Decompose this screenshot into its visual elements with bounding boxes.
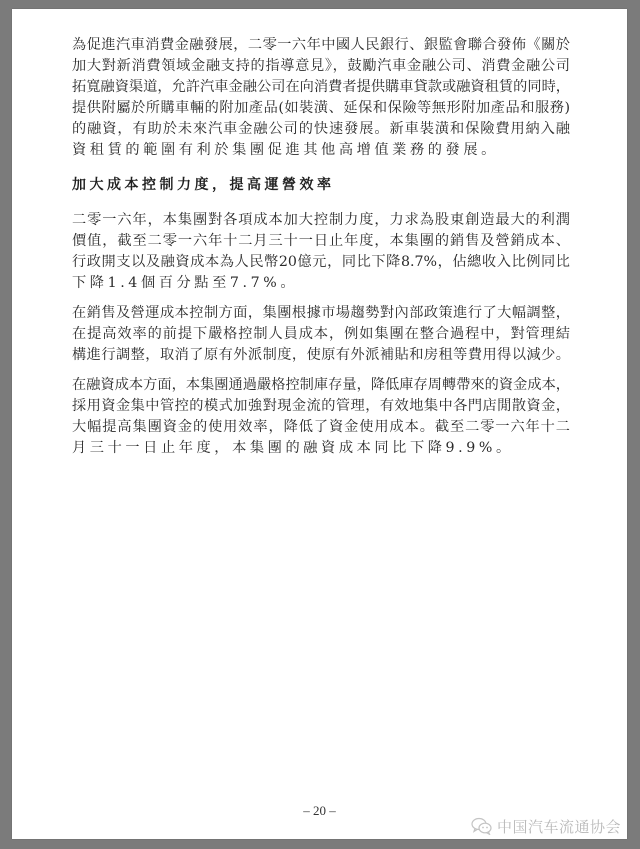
page-content: 為促進汽車消費金融發展，二零一六年中國人民銀行、銀監會聯合發佈《關於 加大對新消…: [72, 35, 570, 459]
text-line: 採用資金集中管控的模式加強對現金流的管理，有效地集中各門店閒散資金，: [72, 396, 570, 417]
document-page: 為促進汽車消費金融發展，二零一六年中國人民銀行、銀監會聯合發佈《關於 加大對新消…: [12, 9, 627, 839]
text-line: 構進行調整，取消了原有外派制度，使原有外派補貼和房租等費用得以減少。: [72, 345, 570, 366]
text-line: 提供附屬於所購車輛的附加產品(如裝潢、延保和保險等無形附加產品和服務): [72, 98, 570, 119]
text-line: 大幅提高集團資金的使用效率，降低了資金使用成本。截至二零一六年十二: [72, 417, 570, 438]
text-line: 資租賃的範圍有利於集團促進其他高增值業務的發展。: [72, 140, 570, 161]
text-line: 在融資成本方面，本集團通過嚴格控制庫存量，降低庫存周轉帶來的資金成本，: [72, 375, 570, 396]
text-line: 在銷售及營運成本控制方面，集團根據市場趨勢對內部政策進行了大幅調整，: [72, 303, 570, 324]
paragraph-financing-cost: 在融資成本方面，本集團通過嚴格控制庫存量，降低庫存周轉帶來的資金成本， 採用資金…: [72, 375, 570, 459]
text-line: 加大對新消費領域金融支持的指導意見》，鼓勵汽車金融公司、消費金融公司: [72, 56, 570, 77]
section-heading: 加大成本控制力度，提高運營效率: [72, 175, 570, 196]
paragraph-gap: [72, 366, 570, 375]
text-line: 價值，截至二零一六年十二月三十一日止年度，本集團的銷售及營銷成本、: [72, 231, 570, 252]
paragraph-gap: [72, 294, 570, 303]
text-line: 拓寬融資渠道，允許汽車金融公司在向消費者提供購車貸款或融資租賃的同時，: [72, 77, 570, 98]
text-line: 月三十一日止年度，本集團的融資成本同比下降9.9%。: [72, 438, 570, 459]
wechat-icon: [471, 817, 493, 835]
paragraph-consumer-finance: 為促進汽車消費金融發展，二零一六年中國人民銀行、銀監會聯合發佈《關於 加大對新消…: [72, 35, 570, 161]
text-line: 在提高效率的前提下嚴格控制人員成本，例如集團在整合過程中，對管理結: [72, 324, 570, 345]
text-line: 行政開支以及融資成本為人民幣20億元，同比下降8.7%，佔總收入比例同比: [72, 252, 570, 273]
text-line: 為促進汽車消費金融發展，二零一六年中國人民銀行、銀監會聯合發佈《關於: [72, 35, 570, 56]
watermark-text: 中国汽车流通协会: [497, 816, 621, 837]
watermark: 中国汽车流通协会: [471, 814, 621, 838]
text-line: 下降1.4個百分點至7.7%。: [72, 273, 570, 294]
text-line: 二零一六年，本集團對各項成本加大控制力度，力求為股東創造最大的利潤: [72, 210, 570, 231]
paragraph-sales-cost: 在銷售及營運成本控制方面，集團根據市場趨勢對內部政策進行了大幅調整， 在提高效率…: [72, 303, 570, 366]
paragraph-cost-control: 二零一六年，本集團對各項成本加大控制力度，力求為股東創造最大的利潤 價值，截至二…: [72, 210, 570, 294]
text-line: 的融資，有助於未來汽車金融公司的快速發展。新車裝潢和保險費用納入融: [72, 119, 570, 140]
